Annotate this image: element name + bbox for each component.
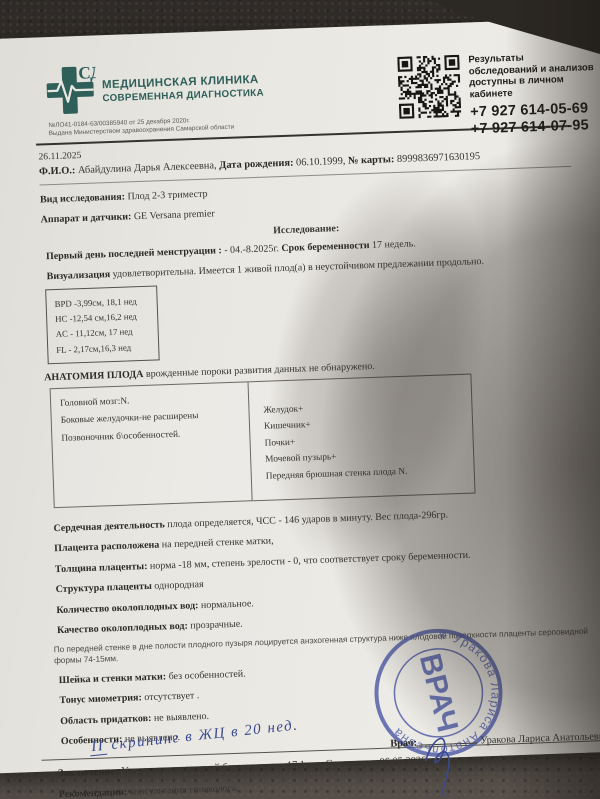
- portal-note: Результаты обследований и анализов досту…: [468, 50, 596, 100]
- doctor-name: Уракова Лариса Анатольевна: [480, 731, 600, 746]
- license-info: №ЛО41-0184-63/00385940 от 25 декабря 202…: [48, 115, 265, 139]
- clinic-cross-logo-icon: СД: [43, 63, 97, 117]
- anatomy-column-right: Желудок+ Кишечник+ Почки+ Мочевой пузырь…: [249, 374, 475, 500]
- clinic-brand: СД МЕДИЦИНСКАЯ КЛИНИКА СОВРЕМЕННАЯ ДИАГН…: [43, 58, 265, 139]
- clinic-name: МЕДИЦИНСКАЯ КЛИНИКА СОВРЕМЕННАЯ ДИАГНОСТ…: [102, 74, 264, 106]
- biometry-fl: FL - 2,17см,16,3 нед: [56, 339, 152, 358]
- biometry-box: BPD -3,99см, 18,1 нед HC -12,54 см,16,2 …: [45, 285, 160, 364]
- contact-block: Результаты обследований и анализов досту…: [397, 50, 597, 141]
- photo-of-ultrasound-report: { "clinic":{ "monogram":"СД", "name_line…: [0, 0, 600, 799]
- stamp-center-text: ВРАЧ: [413, 650, 464, 735]
- letterhead: СД МЕДИЦИНСКАЯ КЛИНИКА СОВРЕМЕННАЯ ДИАГН…: [43, 46, 600, 136]
- report-sheet: СД МЕДИЦИНСКАЯ КЛИНИКА СОВРЕМЕННАЯ ДИАГН…: [0, 16, 600, 773]
- anatomy-column-left: Головной мозг:N. Боковые желудочки-не ра…: [51, 382, 253, 507]
- qr-code: [397, 55, 461, 119]
- anatomy-table: Головной мозг:N. Боковые желудочки-не ра…: [50, 373, 476, 508]
- doctor-signature: [417, 725, 479, 799]
- report-content: СД МЕДИЦИНСКАЯ КЛИНИКА СОВРЕМЕННАЯ ДИАГН…: [32, 20, 600, 799]
- clinic-monogram: СД: [78, 63, 97, 82]
